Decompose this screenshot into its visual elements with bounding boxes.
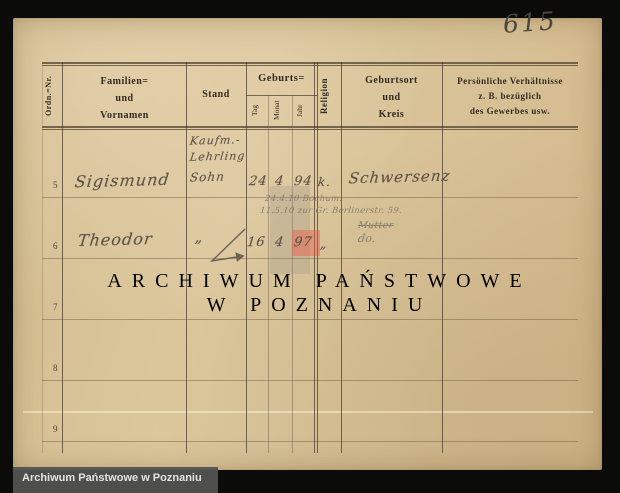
entry6-jahr: 97	[293, 235, 313, 250]
archive-watermark-line1: ARCHIWUM PAŃSTWOWE	[37, 270, 602, 293]
archive-watermark-line2: W POZNANIU	[37, 294, 602, 317]
entry5-stand-line2: Lehrling	[189, 149, 246, 163]
col-rule-jahr	[314, 62, 315, 453]
entry6-tag: 16	[246, 235, 266, 250]
header-geburts: Geburts=	[246, 73, 317, 84]
entry5-pencil-note1: 24.4.10 Bochum.	[264, 194, 343, 204]
col-rule-left	[42, 62, 43, 453]
entry5-tag: 24	[248, 174, 268, 189]
document-page: Ordn.=Nr. Familien= und Vornamen Stand G…	[13, 18, 602, 470]
page-number: 615	[502, 6, 558, 39]
entry6-monat: 4	[274, 235, 285, 250]
row-number-9: 9	[53, 424, 58, 434]
row-rule-8	[42, 380, 578, 381]
header-name: Familien= und Vornamen	[65, 73, 184, 124]
header-sub-tag: Tag	[250, 97, 265, 124]
entry5-stand-line3: Sohn	[189, 170, 226, 185]
table-top-rule	[42, 62, 578, 64]
table-top-rule-2	[42, 65, 578, 66]
col-rule-geburtsort	[442, 62, 443, 453]
entry5-jahr: 94	[293, 174, 313, 189]
header-verhaeltnisse-line2: z. B. bezüglich	[442, 89, 578, 104]
row-rule-9	[42, 441, 578, 442]
entry6-geburtsort: do.	[357, 232, 376, 245]
col-rule-jahr-double	[317, 62, 318, 453]
header-verhaeltnisse-line1: Persönliche Verhältnisse	[442, 74, 578, 89]
header-religion: Religion	[319, 68, 339, 124]
entry5-pencil-note2: 11.5.10 zur Gr. Berlinerstr. 59.	[259, 206, 402, 216]
row-rule-6	[42, 258, 578, 259]
entry5-pencil-note3: Mutter	[357, 220, 394, 231]
header-sub-monat: Monat	[272, 97, 287, 124]
header-geburtsort-line1: Geburtsort	[341, 72, 442, 89]
entry5-religion: k.	[317, 175, 332, 189]
scan-streak	[23, 411, 593, 413]
header-name-line2: und	[65, 90, 184, 107]
entry6-name: Theodor	[77, 229, 154, 250]
entry5-geburtsort: Schwersenz	[348, 167, 452, 188]
header-verhaeltnisse: Persönliche Verhältnisse z. B. bezüglich…	[442, 74, 578, 119]
scan-viewer: Ordn.=Nr. Familien= und Vornamen Stand G…	[0, 0, 620, 493]
header-sub-jahr: Jahr	[295, 97, 310, 124]
entry5-name: Sigismund	[74, 170, 171, 191]
row-rule-7	[42, 319, 578, 320]
header-bottom-rule	[42, 126, 578, 128]
entry6-religion: „	[319, 237, 328, 252]
header-geburtsort-line3: Kreis	[341, 106, 442, 123]
header-bottom-rule-2	[42, 129, 578, 130]
entry5-stand-line1: Kaufm.-	[189, 133, 241, 147]
header-stand: Stand	[186, 89, 246, 100]
row-number-8: 8	[53, 363, 58, 373]
header-name-line1: Familien=	[65, 73, 184, 90]
col-rule-name	[186, 62, 187, 453]
header-geburtsort-line2: und	[341, 89, 442, 106]
entry5-monat: 4	[274, 174, 285, 189]
header-ordnr: Ordn.=Nr.	[44, 71, 61, 121]
row-number-5: 5	[53, 180, 58, 190]
caption-bar: Archiwum Państwowe w Poznaniu	[13, 467, 218, 493]
row-number-6: 6	[53, 241, 58, 251]
header-verhaeltnisse-line3: des Gewerbes usw.	[442, 104, 578, 119]
header-name-line3: Vornamen	[65, 107, 184, 124]
header-geburtsort: Geburtsort und Kreis	[341, 72, 442, 123]
geburts-subheader-rule	[246, 95, 317, 96]
caption-text: Archiwum Państwowe w Poznaniu	[22, 472, 202, 484]
col-rule-ordnr	[62, 62, 63, 453]
